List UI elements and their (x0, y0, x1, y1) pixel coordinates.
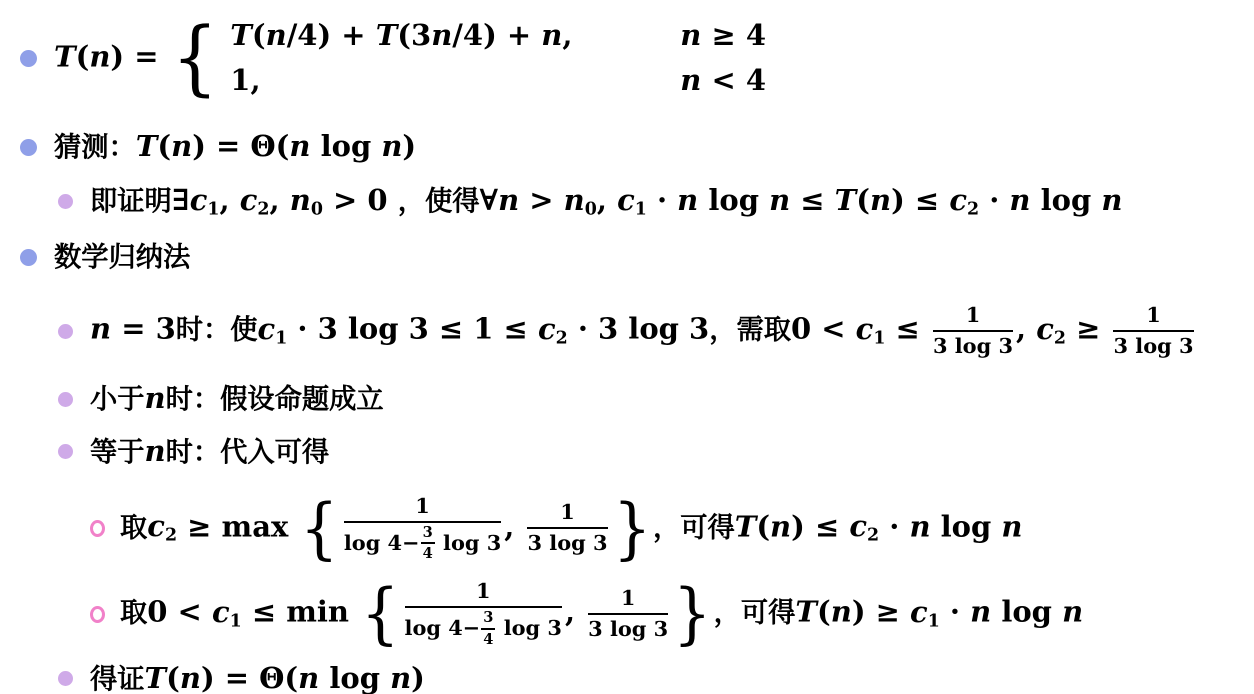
math-run: n (90, 312, 111, 346)
math-run: 3 log 3 (527, 530, 607, 555)
math-run: > (519, 183, 564, 217)
fraction-denominator: 4 (481, 630, 495, 649)
bullet-item-base-case: n = 3时：使c1 · 3 log 3 ≤ 1 ≤ c2 · 3 log 3，… (20, 303, 1248, 359)
fraction-denominator: log 4−34 log 3 (344, 523, 501, 564)
math-run: log 3 (496, 615, 562, 640)
math-run: ∃ (172, 183, 190, 217)
math-run: 0 < (147, 595, 212, 629)
math-run: ( (252, 18, 266, 52)
text-run: 小于 (90, 383, 145, 414)
variable-with-subscript: c2 (538, 314, 568, 346)
math-run: /4) + (287, 18, 376, 52)
case-expression: T(n/4) + T(3n/4) + n, (230, 16, 680, 56)
math-run: > 0 (323, 183, 398, 217)
variable-base: c (538, 312, 556, 346)
variable-base: c (147, 509, 165, 543)
variable-with-subscript: c2 (1036, 314, 1066, 346)
math-run: n (680, 18, 701, 52)
variable-with-subscript: c1 (258, 314, 288, 346)
math-run: T (54, 39, 76, 73)
level1-bullet-icon (20, 249, 37, 266)
fraction: 13 log 3 (933, 303, 1013, 359)
variable-with-subscript: c2 (147, 511, 177, 543)
fraction: 34 (421, 525, 435, 564)
math-run: log 4− (344, 529, 420, 554)
text-run: 时：假设命题成立 (166, 383, 384, 414)
fraction: 13 log 3 (588, 586, 668, 642)
math-run: , (504, 509, 524, 543)
variable-with-subscript: c1 (190, 185, 220, 217)
text-run: 等于 (90, 436, 145, 467)
level3-ring-bullet-icon (90, 606, 105, 623)
math-run: ) (402, 129, 416, 163)
math-run: ( (817, 595, 831, 629)
right-curly-brace-icon: } (673, 587, 711, 640)
math-run: 4 (483, 631, 493, 648)
case-row: 1,n < 4 (230, 61, 766, 101)
base-case-formula: n = 3时：使c1 · 3 log 3 ≤ 1 ≤ c2 · 3 log 3，… (90, 303, 1197, 359)
level2-bullet-icon (58, 324, 73, 339)
subscript: 1 (230, 611, 242, 631)
math-run: ) ≤ (791, 509, 849, 543)
subscript: 1 (207, 200, 219, 220)
level1-bullet-icon (20, 50, 37, 67)
left-curly-brace-icon: { (301, 502, 339, 555)
variable-with-subscript: c2 (240, 185, 270, 217)
math-run: ≥ max (177, 509, 298, 543)
cases-left-brace-icon: { (171, 24, 217, 93)
math-run: ≤ (790, 183, 835, 217)
math-run: 1 (621, 585, 636, 610)
math-run: n (431, 18, 452, 52)
bullet-item-recurrence: T(n) = {T(n/4) + T(3n/4) + n,n ≥ 41,n < … (20, 16, 1248, 101)
math-run: ( (76, 39, 90, 73)
lower-bound-formula: 取0 < c1 ≤ min {1log 4−34 log 3, 13 log 3… (120, 579, 1083, 649)
math-run: n (145, 381, 166, 415)
math-run: ≥ 4 (701, 18, 766, 52)
math-run: n (1062, 595, 1083, 629)
variable-base: c (949, 183, 967, 217)
math-run: log (991, 595, 1062, 629)
fraction-numerator: 1 (1113, 303, 1193, 332)
text-run: ，可得 (653, 511, 735, 542)
fraction-numerator: 1 (588, 586, 668, 615)
math-run: T (230, 18, 252, 52)
math-run: ) ≥ (852, 595, 910, 629)
math-run: · 3 log 3 (568, 312, 709, 346)
fraction: 1log 4−34 log 3 (344, 494, 501, 564)
math-run: = 3 (111, 312, 176, 346)
math-run: 0 < (791, 312, 856, 346)
text-run: 时：使 (176, 314, 258, 345)
fraction-numerator: 1 (405, 579, 562, 608)
math-run: · (647, 183, 677, 217)
level2-bullet-icon (58, 194, 73, 209)
math-run: · (979, 183, 1009, 217)
variable-with-subscript: c1 (856, 314, 886, 346)
text-run: ，需取 (709, 314, 791, 345)
text-run: ， (398, 185, 425, 216)
math-run: ≤ min (242, 595, 359, 629)
recurrence-formula: T(n) = {T(n/4) + T(3n/4) + n,n ≥ 41,n < … (54, 16, 766, 101)
math-run: n (180, 661, 201, 694)
math-run: n (870, 183, 891, 217)
math-run: 1 (415, 493, 430, 518)
variable-with-subscript: c2 (849, 511, 879, 543)
subscript: 0 (311, 200, 323, 220)
math-run: T (376, 18, 398, 52)
math-run: 3 log 3 (933, 333, 1013, 358)
math-run: , (270, 183, 290, 217)
variable-base: c (190, 183, 208, 217)
subscript: 2 (165, 525, 177, 545)
fraction: 13 log 3 (1113, 303, 1193, 359)
math-run: n (381, 129, 402, 163)
fraction-denominator: 3 log 3 (933, 332, 1013, 359)
math-run: n (89, 39, 110, 73)
math-run: log (698, 183, 769, 217)
math-run: 3 log 3 (1113, 333, 1193, 358)
math-run: 3 (423, 524, 433, 541)
math-run: ) (411, 661, 425, 694)
text-run: 时：代入可得 (166, 436, 330, 467)
math-run: log (310, 129, 381, 163)
variable-with-subscript: c1 (212, 597, 242, 629)
variable-base: n (564, 183, 585, 217)
math-run: · 3 log 3 ≤ 1 ≤ (287, 312, 538, 346)
math-run: n (970, 595, 991, 629)
cases-rows: T(n/4) + T(3n/4) + n,n ≥ 41,n < 4 (230, 16, 766, 101)
math-run: n (770, 509, 791, 543)
right-curly-brace-icon: } (613, 502, 651, 555)
math-run: 1 (966, 302, 981, 327)
fraction-denominator: log 4−34 log 3 (405, 608, 562, 649)
slide: T(n) = {T(n/4) + T(3n/4) + n,n ≥ 41,n < … (0, 0, 1254, 694)
fraction-denominator: 4 (421, 544, 435, 563)
text-run: 即证明 (90, 185, 172, 216)
text-run: 猜测： (54, 131, 136, 162)
math-run: n (266, 18, 287, 52)
math-run: ) = Θ( (192, 129, 289, 163)
variable-base: c (910, 595, 928, 629)
variable-with-subscript: c2 (949, 185, 979, 217)
math-run: ) = (110, 39, 168, 73)
math-run: 1 (1146, 302, 1161, 327)
equal-n-text: 等于n时：代入可得 (90, 432, 329, 472)
subscript: 2 (867, 525, 879, 545)
math-run: n (1009, 183, 1030, 217)
math-run: ≥ (1066, 312, 1111, 346)
math-run: (3 (397, 18, 431, 52)
math-run: n (390, 661, 411, 694)
subscript: 1 (928, 611, 940, 631)
subscript: 2 (556, 328, 568, 348)
text-run: 取 (120, 597, 147, 628)
math-run: ( (166, 661, 180, 694)
case-expression: 1, (230, 61, 680, 101)
fraction-numerator: 3 (421, 525, 435, 545)
math-run: T (735, 509, 757, 543)
level1-bullet-icon (20, 139, 37, 156)
bullet-item-conclusion: 得证T(n) = Θ(n log n) (20, 659, 1248, 694)
math-run: ( (856, 183, 870, 217)
math-run: ) = Θ( (201, 661, 298, 694)
level3-ring-bullet-icon (90, 520, 105, 537)
math-run: , (220, 183, 240, 217)
math-run: n (680, 63, 701, 97)
fraction: 1log 4−34 log 3 (405, 579, 562, 649)
fraction-denominator: 3 log 3 (588, 615, 668, 642)
math-run: T (145, 661, 167, 694)
subscript: 2 (257, 200, 269, 220)
math-run: · (940, 595, 970, 629)
fraction-numerator: 3 (481, 610, 495, 630)
math-run: , (562, 18, 572, 52)
subscript: 1 (275, 328, 287, 348)
math-run: log 3 (436, 529, 502, 554)
bullet-item-upper-bound: 取c2 ≥ max {1log 4−34 log 3, 13 log 3}，可得… (20, 494, 1248, 564)
math-run: n (541, 18, 562, 52)
math-run: 3 (483, 609, 493, 626)
variable-base: c (617, 183, 635, 217)
math-run: n (289, 129, 310, 163)
less-than-n-text: 小于n时：假设命题成立 (90, 379, 384, 419)
text-run: 取 (120, 511, 147, 542)
cases-block: {T(n/4) + T(3n/4) + n,n ≥ 41,n < 4 (169, 16, 766, 101)
subscript: 1 (635, 200, 647, 220)
bullet-item-equal-n: 等于n时：代入可得 (20, 432, 1248, 472)
math-run: n (145, 434, 166, 468)
bullet-item-induction: 数学归纳法 (20, 238, 1248, 277)
math-run: , (597, 183, 617, 217)
fraction: 13 log 3 (527, 500, 607, 556)
case-row: T(n/4) + T(3n/4) + n,n ≥ 4 (230, 16, 766, 56)
math-run: n (677, 183, 698, 217)
math-run: < 4 (701, 63, 766, 97)
text-run: ，可得 (714, 597, 796, 628)
fraction-numerator: 1 (344, 494, 501, 523)
upper-bound-formula: 取c2 ≥ max {1log 4−34 log 3, 13 log 3}，可得… (120, 494, 1022, 564)
variable-base: n (290, 183, 311, 217)
subscript: 2 (1054, 328, 1066, 348)
level2-bullet-icon (58, 444, 73, 459)
variable-base: c (212, 595, 230, 629)
fraction-denominator: 3 log 3 (527, 529, 607, 556)
bullet-item-guess: 猜测：T(n) = Θ(n log n) (20, 127, 1248, 167)
left-curly-brace-icon: { (361, 587, 399, 640)
math-run: , (565, 595, 585, 629)
math-run: n (1001, 509, 1022, 543)
math-run: n (831, 595, 852, 629)
math-run: n (171, 129, 192, 163)
bullet-item-prove-exists: 即证明∃c1, c2, n0 > 0 ，使得∀n > n0, c1 · n lo… (20, 181, 1248, 222)
variable-base: c (849, 509, 867, 543)
text-run: 得证 (90, 663, 145, 694)
subscript: 0 (585, 200, 597, 220)
variable-base: c (856, 312, 874, 346)
math-run: n (909, 509, 930, 543)
math-run: ( (756, 509, 770, 543)
math-run: /4) + (452, 18, 541, 52)
math-run: T (835, 183, 857, 217)
variable-with-subscript: n0 (290, 185, 323, 217)
variable-base: c (258, 312, 276, 346)
variable-with-subscript: c1 (617, 185, 647, 217)
conclusion-formula: 得证T(n) = Θ(n log n) (90, 659, 425, 694)
math-run: log 4− (405, 615, 481, 640)
math-run: n (1101, 183, 1122, 217)
math-run: · (879, 509, 909, 543)
math-run: n (298, 661, 319, 694)
case-condition: n ≥ 4 (680, 16, 766, 56)
subscript: 2 (967, 200, 979, 220)
guess-formula: 猜测：T(n) = Θ(n log n) (54, 127, 416, 167)
math-run: n (498, 183, 519, 217)
bullet-item-lower-bound: 取0 < c1 ≤ min {1log 4−34 log 3, 13 log 3… (20, 579, 1248, 649)
text-run: 数学归纳法 (54, 241, 190, 272)
fraction-numerator: 1 (527, 500, 607, 529)
variable-base: c (1036, 312, 1054, 346)
text-run: 使得 (425, 185, 480, 216)
math-run: log (1030, 183, 1101, 217)
math-run: ∀ (479, 183, 498, 217)
variable-with-subscript: c1 (910, 597, 940, 629)
fraction-denominator: 3 log 3 (1113, 332, 1193, 359)
math-run: ) ≤ (891, 183, 949, 217)
subscript: 1 (873, 328, 885, 348)
fraction: 34 (481, 610, 495, 649)
variable-base: c (240, 183, 258, 217)
fraction-numerator: 1 (933, 303, 1013, 332)
math-run: T (795, 595, 817, 629)
math-run: 1, (230, 63, 260, 97)
math-run: log (319, 661, 390, 694)
math-run: 1 (476, 578, 491, 603)
math-run: , (1016, 312, 1036, 346)
math-run: log (931, 509, 1002, 543)
bullet-item-less-than-n: 小于n时：假设命题成立 (20, 379, 1248, 419)
math-run: ( (157, 129, 171, 163)
math-run: 3 log 3 (588, 616, 668, 641)
case-condition: n < 4 (680, 61, 766, 101)
math-run: 4 (423, 545, 433, 562)
math-run: ≤ (885, 312, 930, 346)
math-run: 1 (560, 499, 575, 524)
math-run: T (136, 129, 158, 163)
induction-heading: 数学归纳法 (54, 238, 190, 277)
variable-with-subscript: n0 (564, 185, 597, 217)
level2-bullet-icon (58, 671, 73, 686)
level2-bullet-icon (58, 392, 73, 407)
math-run: n (769, 183, 790, 217)
prove-exists-formula: 即证明∃c1, c2, n0 > 0 ，使得∀n > n0, c1 · n lo… (90, 181, 1122, 222)
